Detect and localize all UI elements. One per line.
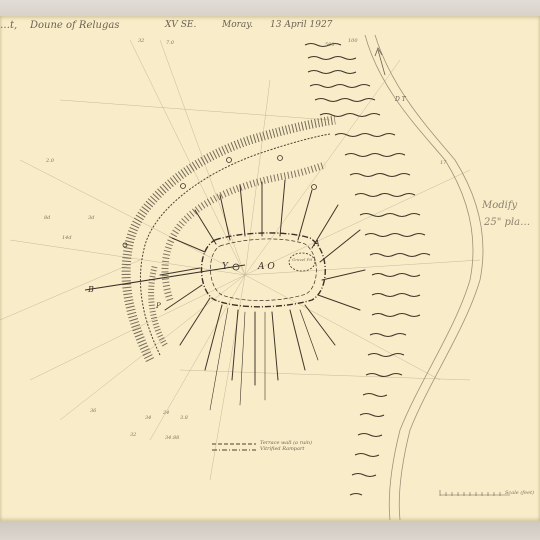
title-fragment: …t, xyxy=(0,20,17,31)
parish: Moray. xyxy=(222,20,253,30)
spot-height: 34 xyxy=(145,415,151,421)
document-scan: …t, Doune of Relugas XV SE. Moray. 13 Ap… xyxy=(0,0,540,540)
side-note-line2: 25" pla… xyxy=(484,217,530,228)
spot-height: 3d xyxy=(88,215,94,221)
legend-item-vitrified-rampart: Vitrified Rampart xyxy=(260,446,304,452)
site-name: Doune of Relugas xyxy=(30,20,120,31)
river-bank-lines xyxy=(365,35,483,520)
sight-lines xyxy=(0,40,480,480)
spot-height: 24 xyxy=(163,410,169,416)
label-p: P xyxy=(156,302,161,310)
spot-height: 36 xyxy=(90,408,96,414)
label-b: B xyxy=(88,285,94,294)
spot-height: 14d xyxy=(62,235,72,241)
spot-height: 8d xyxy=(44,215,50,221)
spot-height: 100 xyxy=(348,38,358,44)
label-gravel-pit: Gravel Pit xyxy=(292,257,312,262)
spot-height: 34.88 xyxy=(165,435,179,441)
label-station: D T xyxy=(395,96,406,103)
label-summit: A O xyxy=(258,262,275,272)
spot-height: 2.0 xyxy=(46,158,54,164)
survey-date: 13 April 1927 xyxy=(270,20,332,30)
inner-terrace xyxy=(151,165,325,345)
spot-height: 32 xyxy=(130,432,136,438)
spot-height: 3.8 xyxy=(180,415,188,421)
legend-strokes xyxy=(212,444,256,450)
scale-label: Scale (feet) xyxy=(505,490,534,496)
label-y: Y xyxy=(222,262,228,272)
side-note-line1: Modify xyxy=(482,200,517,211)
spot-height: 500 xyxy=(325,42,335,48)
spot-height: 7.0 xyxy=(166,40,174,46)
scale-bar xyxy=(440,490,510,496)
north-arrow-icon xyxy=(375,48,385,75)
spot-height: 17 xyxy=(440,160,446,166)
spot-height: 32 xyxy=(138,38,144,44)
label-a: A xyxy=(314,239,320,248)
sheet-ref: XV SE. xyxy=(165,20,196,30)
